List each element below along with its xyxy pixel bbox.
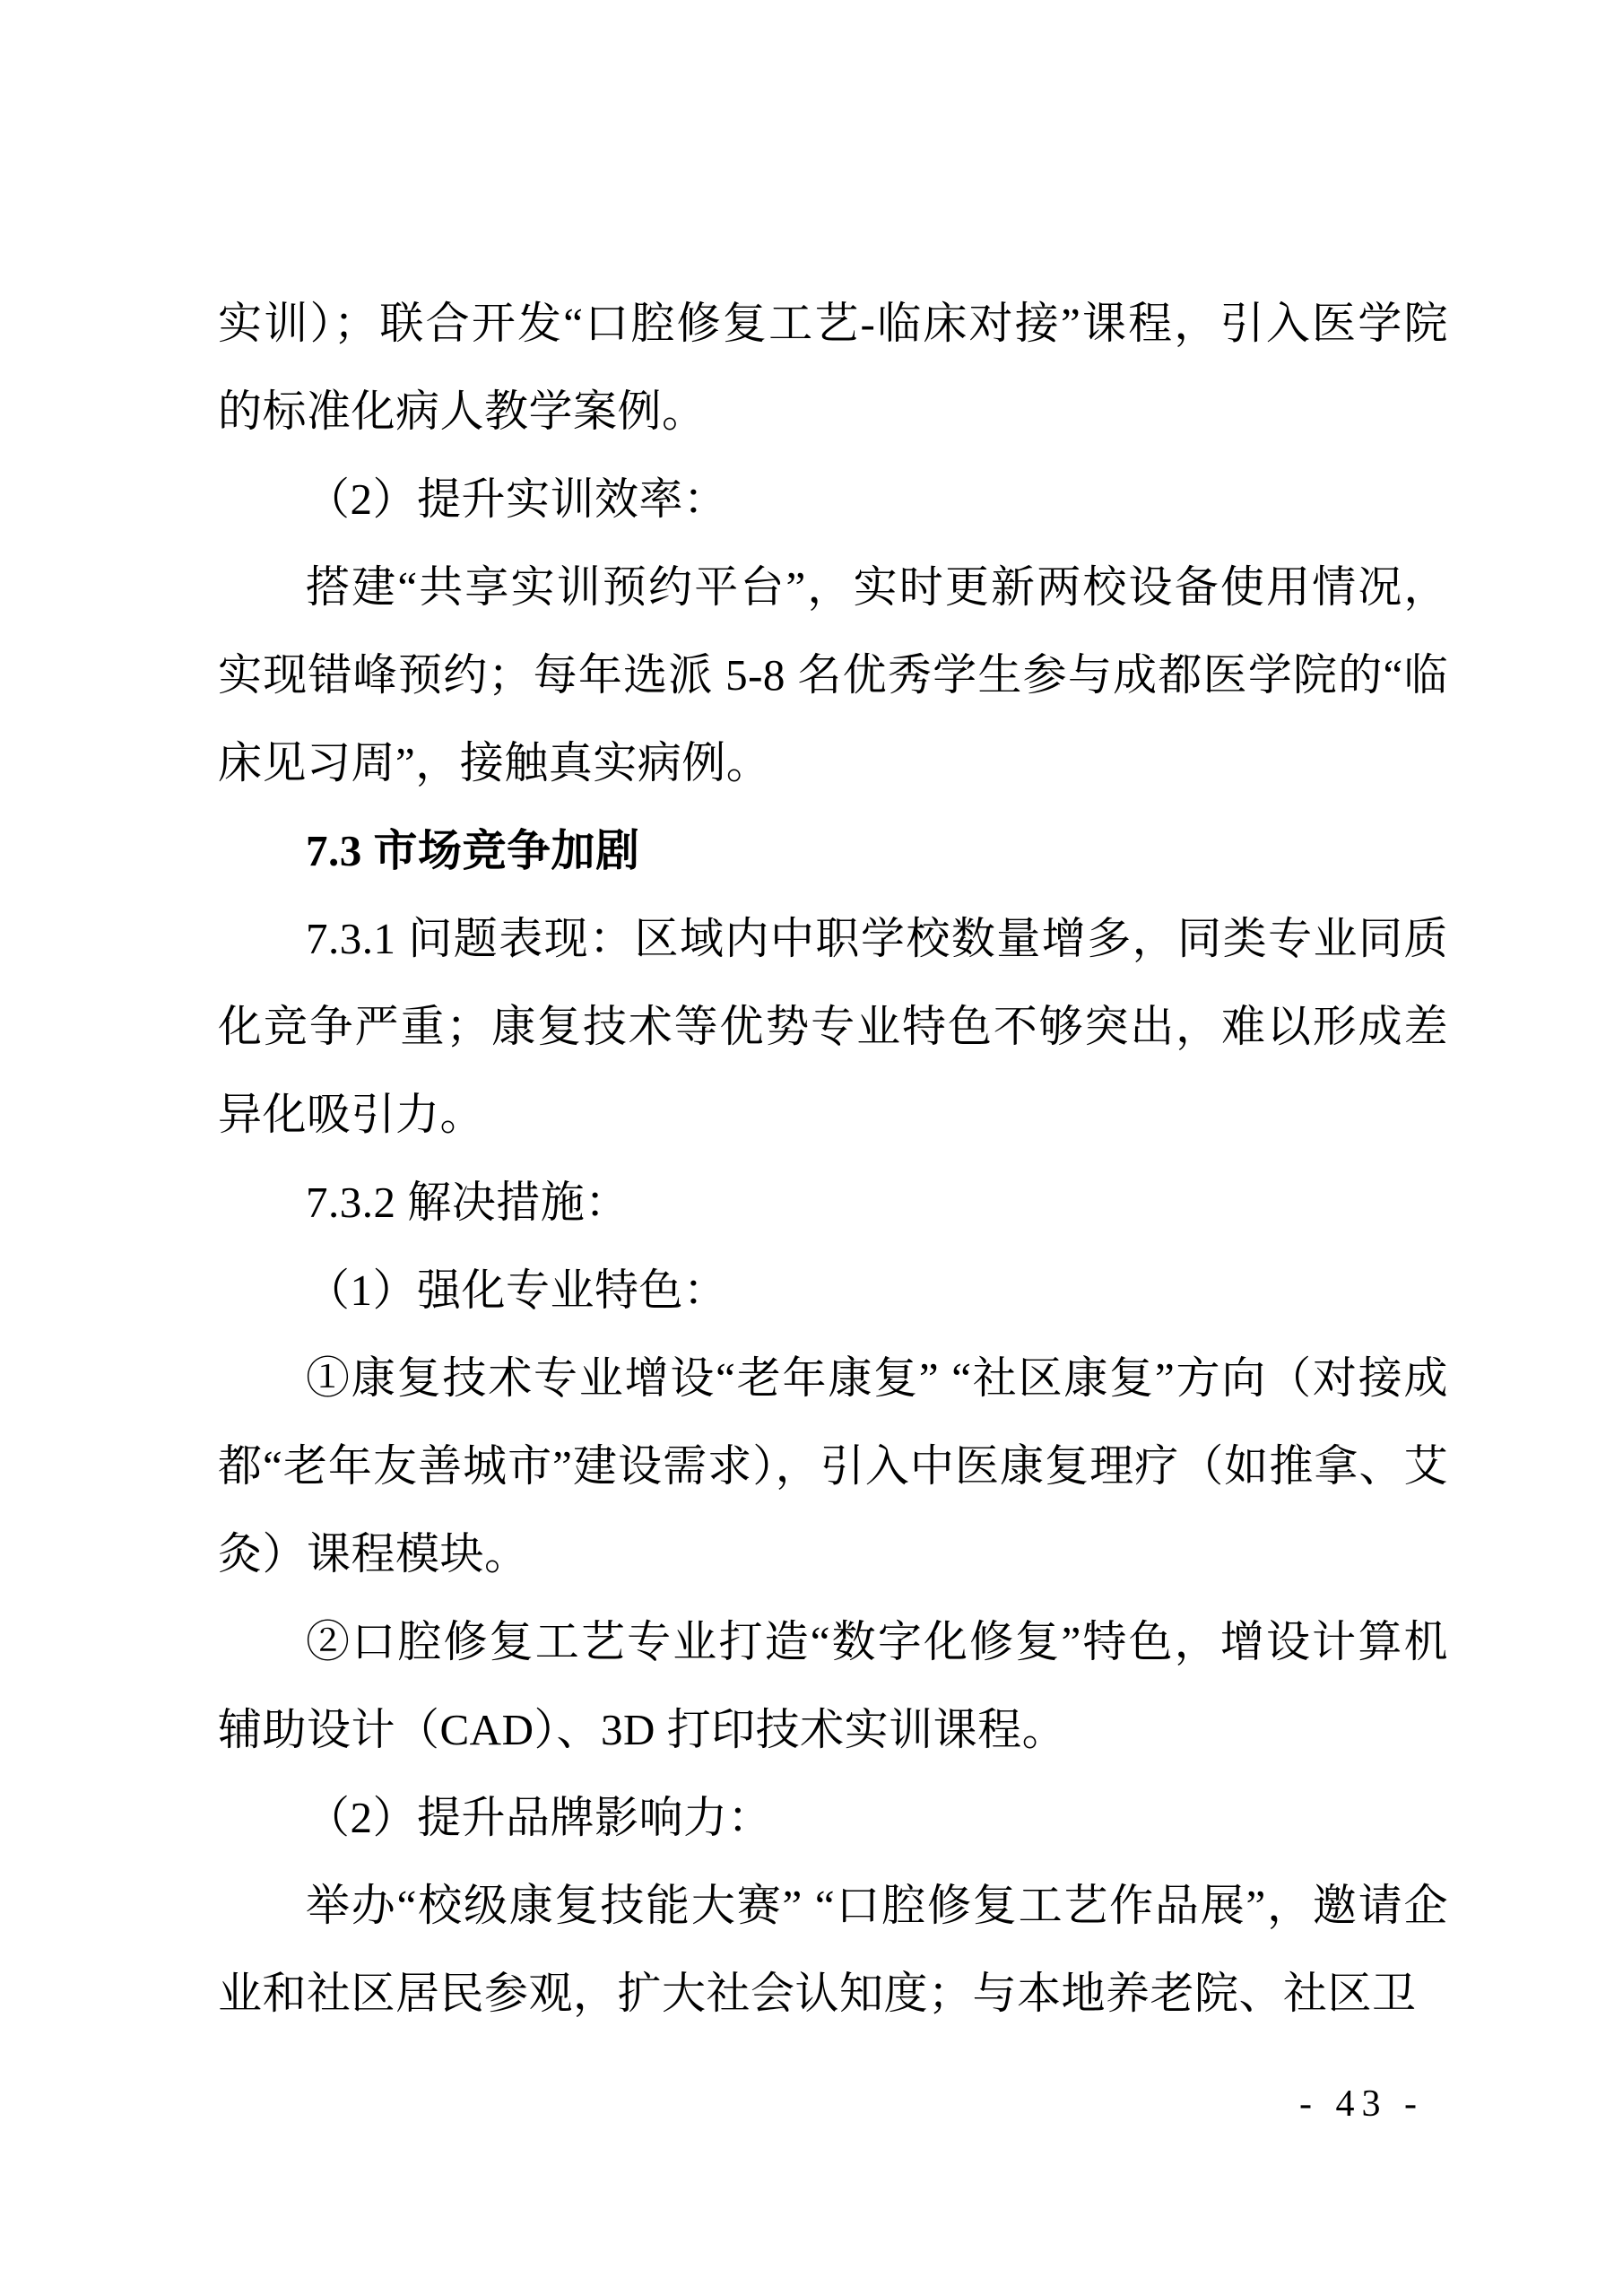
document-page: 实训）；联合开发“口腔修复工艺-临床对接”课程，引入医学院的标准化病人教学案例。… (0, 0, 1623, 2296)
paragraph: 搭建“共享实训预约平台”，实时更新两校设备使用情况，实现错峰预约；每年选派 5-… (218, 544, 1448, 807)
paragraph: （1）强化专业特色： (218, 1247, 1448, 1335)
paragraph: （2）提升实训效率： (218, 456, 1448, 544)
paragraph: （2）提升品牌影响力： (218, 1774, 1448, 1862)
paragraph: 7.3 市场竞争加剧 (218, 807, 1448, 895)
paragraph: 7.3.1 问题表现：区域内中职学校数量增多，同类专业同质化竞争严重；康复技术等… (218, 895, 1448, 1159)
document-body: 实训）；联合开发“口腔修复工艺-临床对接”课程，引入医学院的标准化病人教学案例。… (218, 280, 1448, 2038)
paragraph: 举办“校级康复技能大赛” “口腔修复工艺作品展”，邀请企业和社区居民参观，扩大社… (218, 1862, 1448, 2038)
paragraph: ②口腔修复工艺专业打造“数字化修复”特色，增设计算机辅助设计（CAD）、3D 打… (218, 1598, 1448, 1774)
paragraph: 7.3.2 解决措施： (218, 1159, 1448, 1247)
paragraph: 实训）；联合开发“口腔修复工艺-临床对接”课程，引入医学院的标准化病人教学案例。 (218, 280, 1448, 456)
paragraph: ①康复技术专业增设“老年康复” “社区康复”方向（对接成都“老年友善城市”建设需… (218, 1335, 1448, 1598)
page-number: - 43 - (1299, 2083, 1424, 2126)
